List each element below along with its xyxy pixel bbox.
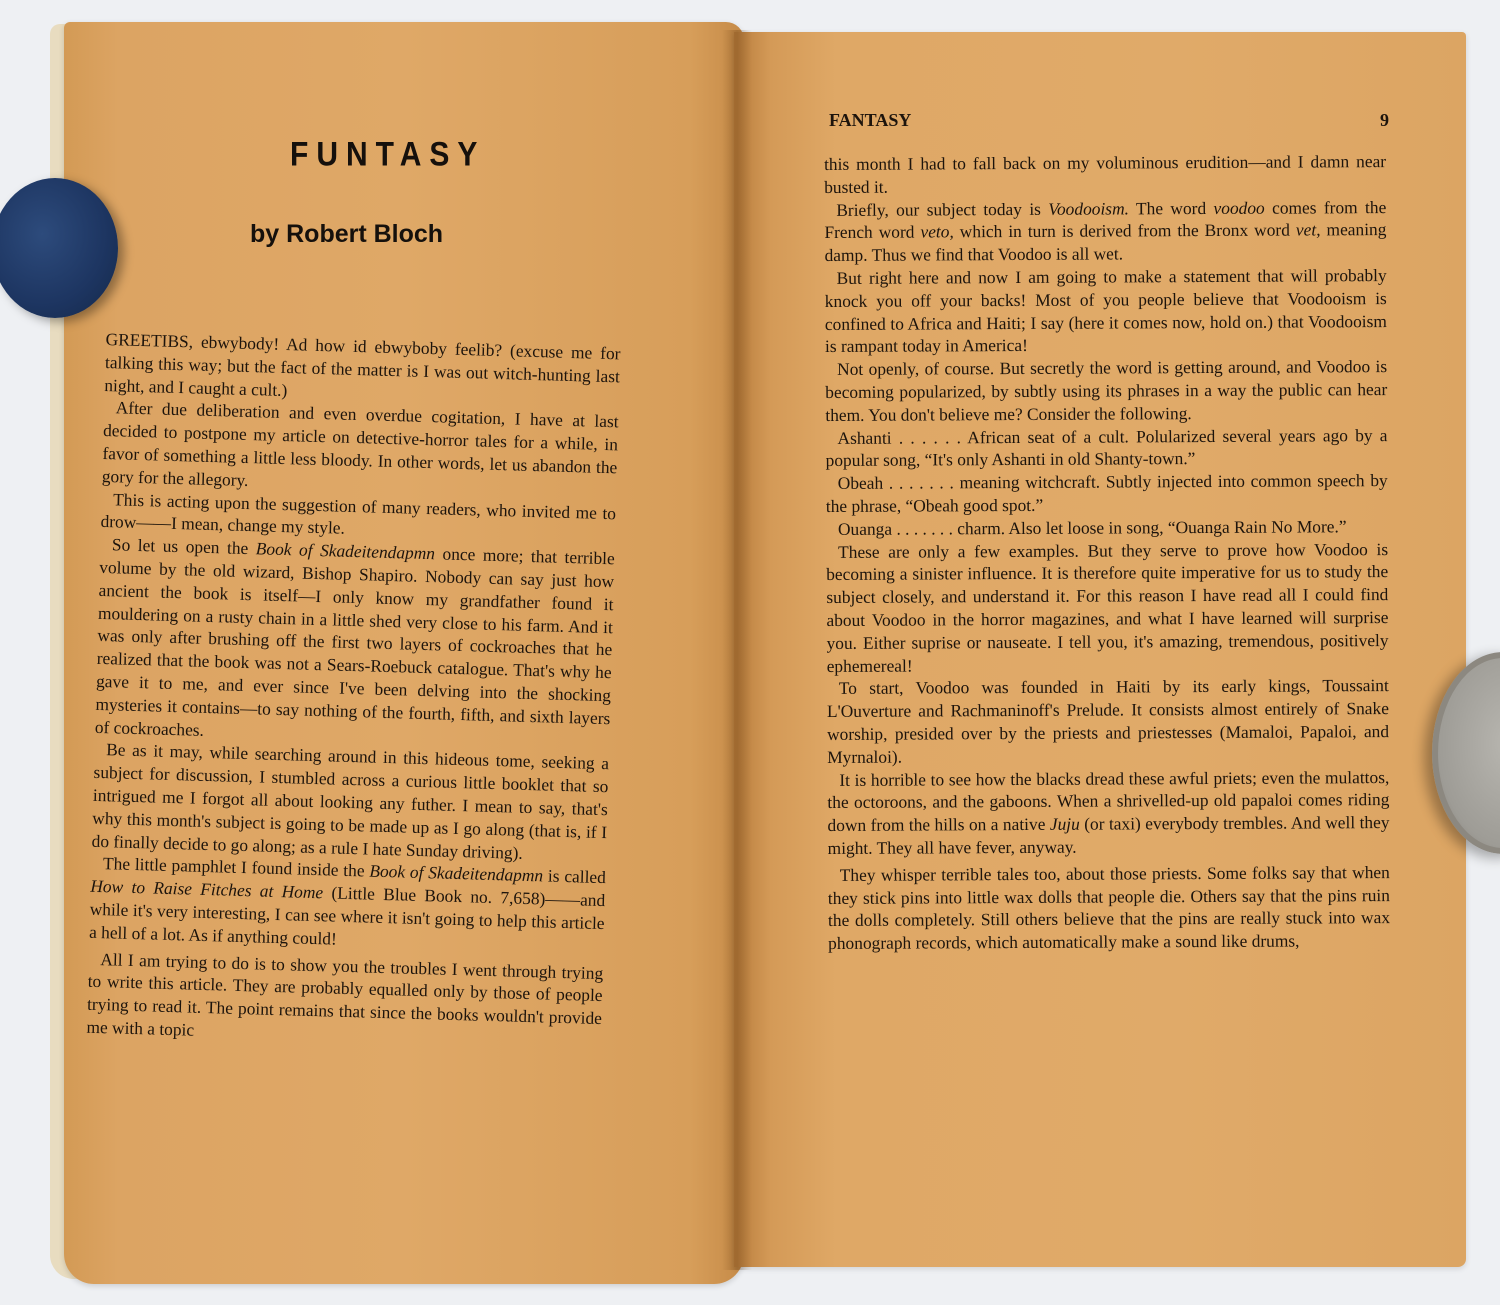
paragraph: Be as it may, while searching around in … <box>91 738 609 866</box>
text-run: So let us open the <box>112 534 256 558</box>
book-title: Book of Skadeitendapmn <box>256 538 436 563</box>
text-run: The word <box>1129 198 1214 218</box>
glossary-entry: Ashanti . . . . . . African seat of a cu… <box>825 424 1387 473</box>
glossary-entry: Obeah . . . . . . . meaning witchcraft. … <box>826 469 1388 518</box>
left-page-body: GREETIBS, ebwybody! Ad how id ebwyboby f… <box>86 328 621 1053</box>
paragraph: To start, Voodoo was founded in Haiti by… <box>827 674 1389 768</box>
paragraph: Not openly, of course. But secretly the … <box>825 355 1387 426</box>
glossary-term: Ashanti <box>837 427 891 447</box>
book-title: How to Raise Fitches at Home <box>90 876 323 902</box>
book-spread: FUNTASY by Robert Bloch GREETIBS, ebwybo… <box>0 0 1500 1305</box>
paragraph: All I am trying to do is to show you the… <box>86 947 603 1053</box>
article-title: FUNTASY <box>290 135 485 174</box>
paragraph: this month I had to fall back on my volu… <box>824 150 1386 199</box>
book-gutter <box>722 30 752 1270</box>
emphasis: veto, <box>920 222 953 242</box>
emphasis: Juju <box>1050 814 1080 834</box>
article-byline: by Robert Bloch <box>250 220 443 249</box>
paragraph: The little pamphlet I found inside the B… <box>89 852 606 958</box>
leader-dots: . . . . . . . <box>892 518 957 538</box>
book-title: Book of Skadeitendapmn <box>369 861 543 886</box>
emphasis: vet, <box>1296 220 1321 240</box>
glossary-entry: Ouanga . . . . . . . charm. Also let loo… <box>826 515 1388 541</box>
paragraph: But right here and now I am going to mak… <box>825 264 1387 358</box>
leader-dots: . . . . . . . <box>883 472 960 492</box>
paragraph: These are only a few examples. But they … <box>826 538 1389 678</box>
page-number: 9 <box>1380 110 1389 131</box>
running-header: FANTASY 9 <box>829 110 1389 131</box>
text-run: once more; that terrible volume by the o… <box>95 543 615 739</box>
emphasis: Voodooism. <box>1048 198 1129 218</box>
glossary-term: Ouanga <box>838 518 892 538</box>
paragraph: So let us open the Book of Skadeitendapm… <box>95 533 616 752</box>
emphasis: voodoo <box>1213 197 1264 217</box>
paragraph: It is horrible to see how the blacks dre… <box>827 766 1389 860</box>
text-run: is called <box>543 866 606 888</box>
paragraph: After due deliberation and even overdue … <box>102 396 619 502</box>
paragraph: Briefly, our subject today is Voodooism.… <box>824 196 1386 267</box>
running-head-title: FANTASY <box>829 110 911 131</box>
text-run: which in turn is derived from the Bronx … <box>954 220 1296 242</box>
glossary-term: Obeah <box>838 473 883 493</box>
leader-dots: . . . . . . <box>892 427 968 447</box>
text-run: Briefly, our subject today is <box>836 198 1048 219</box>
glossary-definition: charm. Also let loose in song, “Ouanga R… <box>957 516 1346 538</box>
paragraph: They whisper terrible tales too, about t… <box>828 861 1390 955</box>
right-page-body: this month I had to fall back on my volu… <box>824 150 1390 955</box>
